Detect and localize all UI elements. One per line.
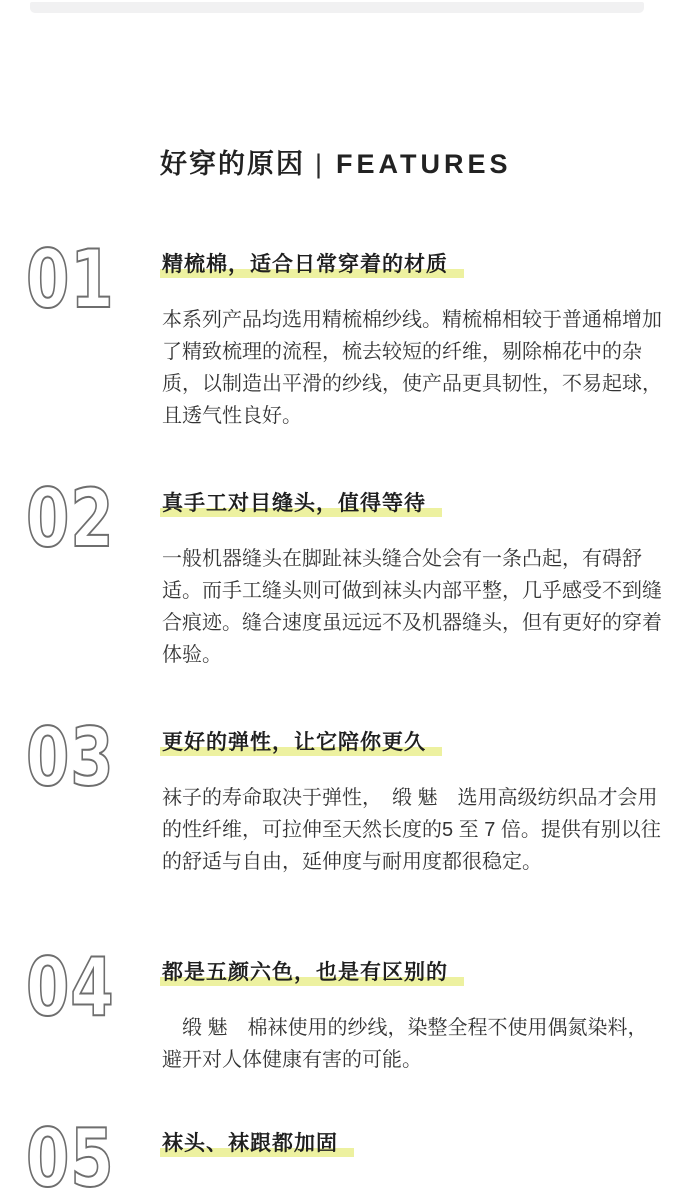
section-number: 05	[26, 1122, 114, 1196]
feature-section-02: 02 真手工对目缝头，值得等待 一般机器缝头在脚趾袜头缝合处会有一条凸起，有碍舒…	[0, 490, 662, 671]
feature-section-03: 03 更好的弹性，让它陪你更久 袜子的寿命取决于弹性， 缎 魅 选用高级纺织品才…	[0, 729, 662, 878]
highlighted-heading-text: 更好的弹性，让它陪你更久	[160, 731, 442, 756]
feature-section-01: 01 精梳棉，适合日常穿着的材质 本系列产品均选用精梳棉纱线。精梳棉相较于普通棉…	[0, 251, 662, 432]
section-number: 04	[26, 951, 114, 1025]
page-title-chinese: 好穿的原因	[160, 149, 305, 179]
highlighted-heading-text: 都是五颜六色，也是有区别的	[160, 961, 464, 986]
section-number: 01	[26, 243, 114, 317]
highlighted-heading-text: 真手工对目缝头，值得等待	[160, 492, 442, 517]
features-list: 01 精梳棉，适合日常穿着的材质 本系列产品均选用精梳棉纱线。精梳棉相较于普通棉…	[0, 251, 675, 1157]
page-title: 好穿的原因|FEATURES	[160, 147, 675, 181]
highlighted-heading-text: 精梳棉，适合日常穿着的材质	[160, 253, 464, 278]
section-number: 02	[26, 482, 114, 556]
feature-section-04: 04 都是五颜六色，也是有区别的 缎 魅 棉袜使用的纱线，染整全程不使用偶氮染料…	[0, 959, 662, 1076]
feature-heading: 袜头、袜跟都加固	[162, 1130, 662, 1157]
top-divider	[30, 2, 644, 13]
feature-body: 一般机器缝头在脚趾袜头缝合处会有一条凸起，有碍舒适。而手工缝头则可做到袜头内部平…	[162, 543, 662, 671]
feature-heading: 真手工对目缝头，值得等待	[162, 490, 662, 517]
feature-body: 袜子的寿命取决于弹性， 缎 魅 选用高级纺织品才会用的性纤维，可拉伸至天然长度的…	[162, 782, 662, 878]
feature-heading: 都是五颜六色，也是有区别的	[162, 959, 662, 986]
feature-body: 缎 魅 棉袜使用的纱线，染整全程不使用偶氮染料，避开对人体健康有害的可能。	[162, 1012, 662, 1076]
page-title-english: FEATURES	[336, 149, 512, 179]
highlighted-heading-text: 袜头、袜跟都加固	[160, 1132, 354, 1157]
feature-section-05: 05 袜头、袜跟都加固	[0, 1130, 662, 1157]
feature-body: 本系列产品均选用精梳棉纱线。精梳棉相较于普通棉增加了精致梳理的流程，梳去较短的纤…	[162, 304, 662, 432]
title-separator: |	[315, 149, 322, 179]
feature-heading: 更好的弹性，让它陪你更久	[162, 729, 662, 756]
feature-heading: 精梳棉，适合日常穿着的材质	[162, 251, 662, 278]
section-number: 03	[26, 721, 114, 795]
